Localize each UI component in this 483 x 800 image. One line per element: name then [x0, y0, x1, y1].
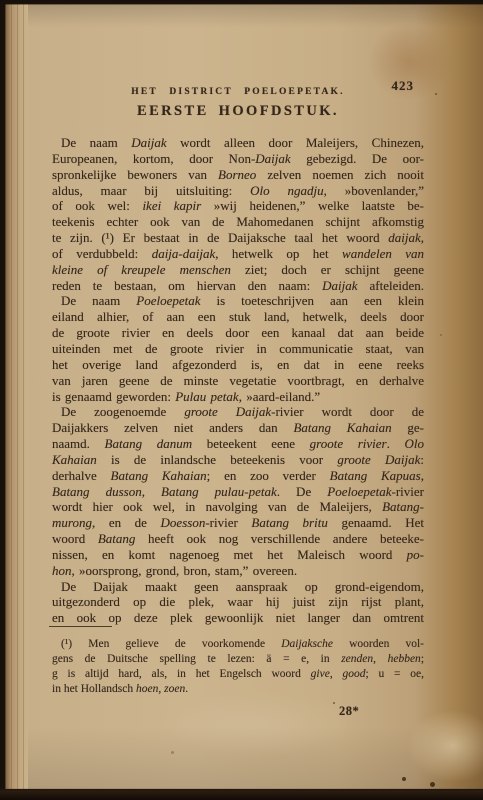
body-text: De naam Daijak wordt alleen door Maleije… [52, 135, 424, 626]
footnote-line: g is altijd hard, als, in het Engelsch w… [52, 667, 424, 682]
body-line: het overige land afgezonderd is, en dat … [52, 357, 424, 373]
body-line: De naam Daijak wordt alleen door Maleije… [52, 135, 424, 151]
paper-speck [430, 782, 435, 787]
photo-edge-left [0, 0, 6, 800]
body-line: Batang dusson, Batang pulau-petak. De Po… [52, 484, 424, 500]
running-header: HET DISTRICT POELOEPETAK. 423 [52, 81, 424, 95]
book-page: HET DISTRICT POELOEPETAK. 423 EERSTE HOO… [28, 4, 483, 789]
body-line: wordt hier ook wel, in navolging van de … [52, 499, 424, 515]
body-line: nissen, en komt nagenoeg met het Maleisc… [52, 547, 424, 563]
footnote-line: (¹) Men gelieve de voorkomende Daijaksch… [52, 637, 424, 652]
body-line: De zoogenoemde groote Daijak-rivier word… [52, 404, 424, 420]
body-line: woord Batang heeft ook nog verschillende… [52, 531, 424, 547]
body-line: hon, »oorsprong, grond, bron, stam,” ove… [52, 563, 424, 579]
signature-mark: 28* [339, 704, 359, 719]
running-header-title: HET DISTRICT POELOEPETAK. [131, 87, 344, 97]
photo-edge-bottom [0, 788, 483, 800]
body-line: van jaren geene de minste vegetatie voor… [52, 373, 424, 389]
book-fore-edge [5, 4, 28, 789]
body-line: uitgezonderd op die plek, waar hij juist… [52, 594, 424, 610]
body-line: Daijakkers zelven niet anders dan Batang… [52, 420, 424, 436]
body-line: te zijn. (¹) Er bestaat in de Daijaksche… [52, 230, 424, 246]
body-line: De naam Poeloepetak is toeteschrijven aa… [52, 293, 424, 309]
body-line: Kahaian is de inlandsche beteekenis voor… [52, 452, 424, 468]
body-line: Europeanen, kortom, door Non-Daijak gebe… [52, 151, 424, 167]
body-line: teekenis echter ook van de Mahomedanen s… [52, 214, 424, 230]
paper-speck [440, 334, 442, 336]
body-line: aldus, maar bij uitsluiting: Olo ngadju,… [52, 183, 424, 199]
paper-speck [435, 93, 437, 95]
body-line: en ook op deze plek gewoonlijk niet lang… [52, 610, 424, 626]
body-line: uiteinden met de groote rivier in commun… [52, 341, 424, 357]
book-scan-photo: HET DISTRICT POELOEPETAK. 423 EERSTE HOO… [0, 0, 483, 800]
text-column: HET DISTRICT POELOEPETAK. 423 EERSTE HOO… [52, 4, 424, 789]
footnote-rule [49, 626, 112, 627]
body-line: kleine of kreupele menschen ziet; doch e… [52, 262, 424, 278]
body-line: spronkelijke bewoners van Borneo zelven … [52, 167, 424, 183]
body-line: murong, en de Doesson-rivier Batang brit… [52, 515, 424, 531]
footnote: (¹) Men gelieve de voorkomende Daijaksch… [52, 637, 424, 697]
footnote-line: in het Hollandsch hoen, zoen. [52, 682, 424, 697]
body-line: eiland alhier, of aan een stuk land, het… [52, 309, 424, 325]
body-line: derhalve Batang Kahaian; en zoo verder B… [52, 468, 424, 484]
body-line: naamd. Batang danum beteekent eene groot… [52, 436, 424, 452]
body-line: of ook wel: ikei kapir »wij heidenen,” w… [52, 198, 424, 214]
body-line: of verdubbeld: daija-daijak, hetwelk op … [52, 246, 424, 262]
chapter-heading: EERSTE HOOFDSTUK. [52, 103, 424, 120]
body-line: reden te bestaan, om hiervan den naam: D… [52, 278, 424, 294]
body-line: De Daijak maakt geen aanspraak op grond-… [52, 579, 424, 595]
footnote-line: gens de Duitsche spelling te lezen: ä = … [52, 652, 424, 667]
photo-edge-top [0, 0, 483, 5]
body-line: de groote rivier en deels door een kanaa… [52, 325, 424, 341]
page-number: 423 [392, 78, 415, 94]
body-line: is genaamd geworden: Pulau petak, »aard-… [52, 389, 424, 405]
